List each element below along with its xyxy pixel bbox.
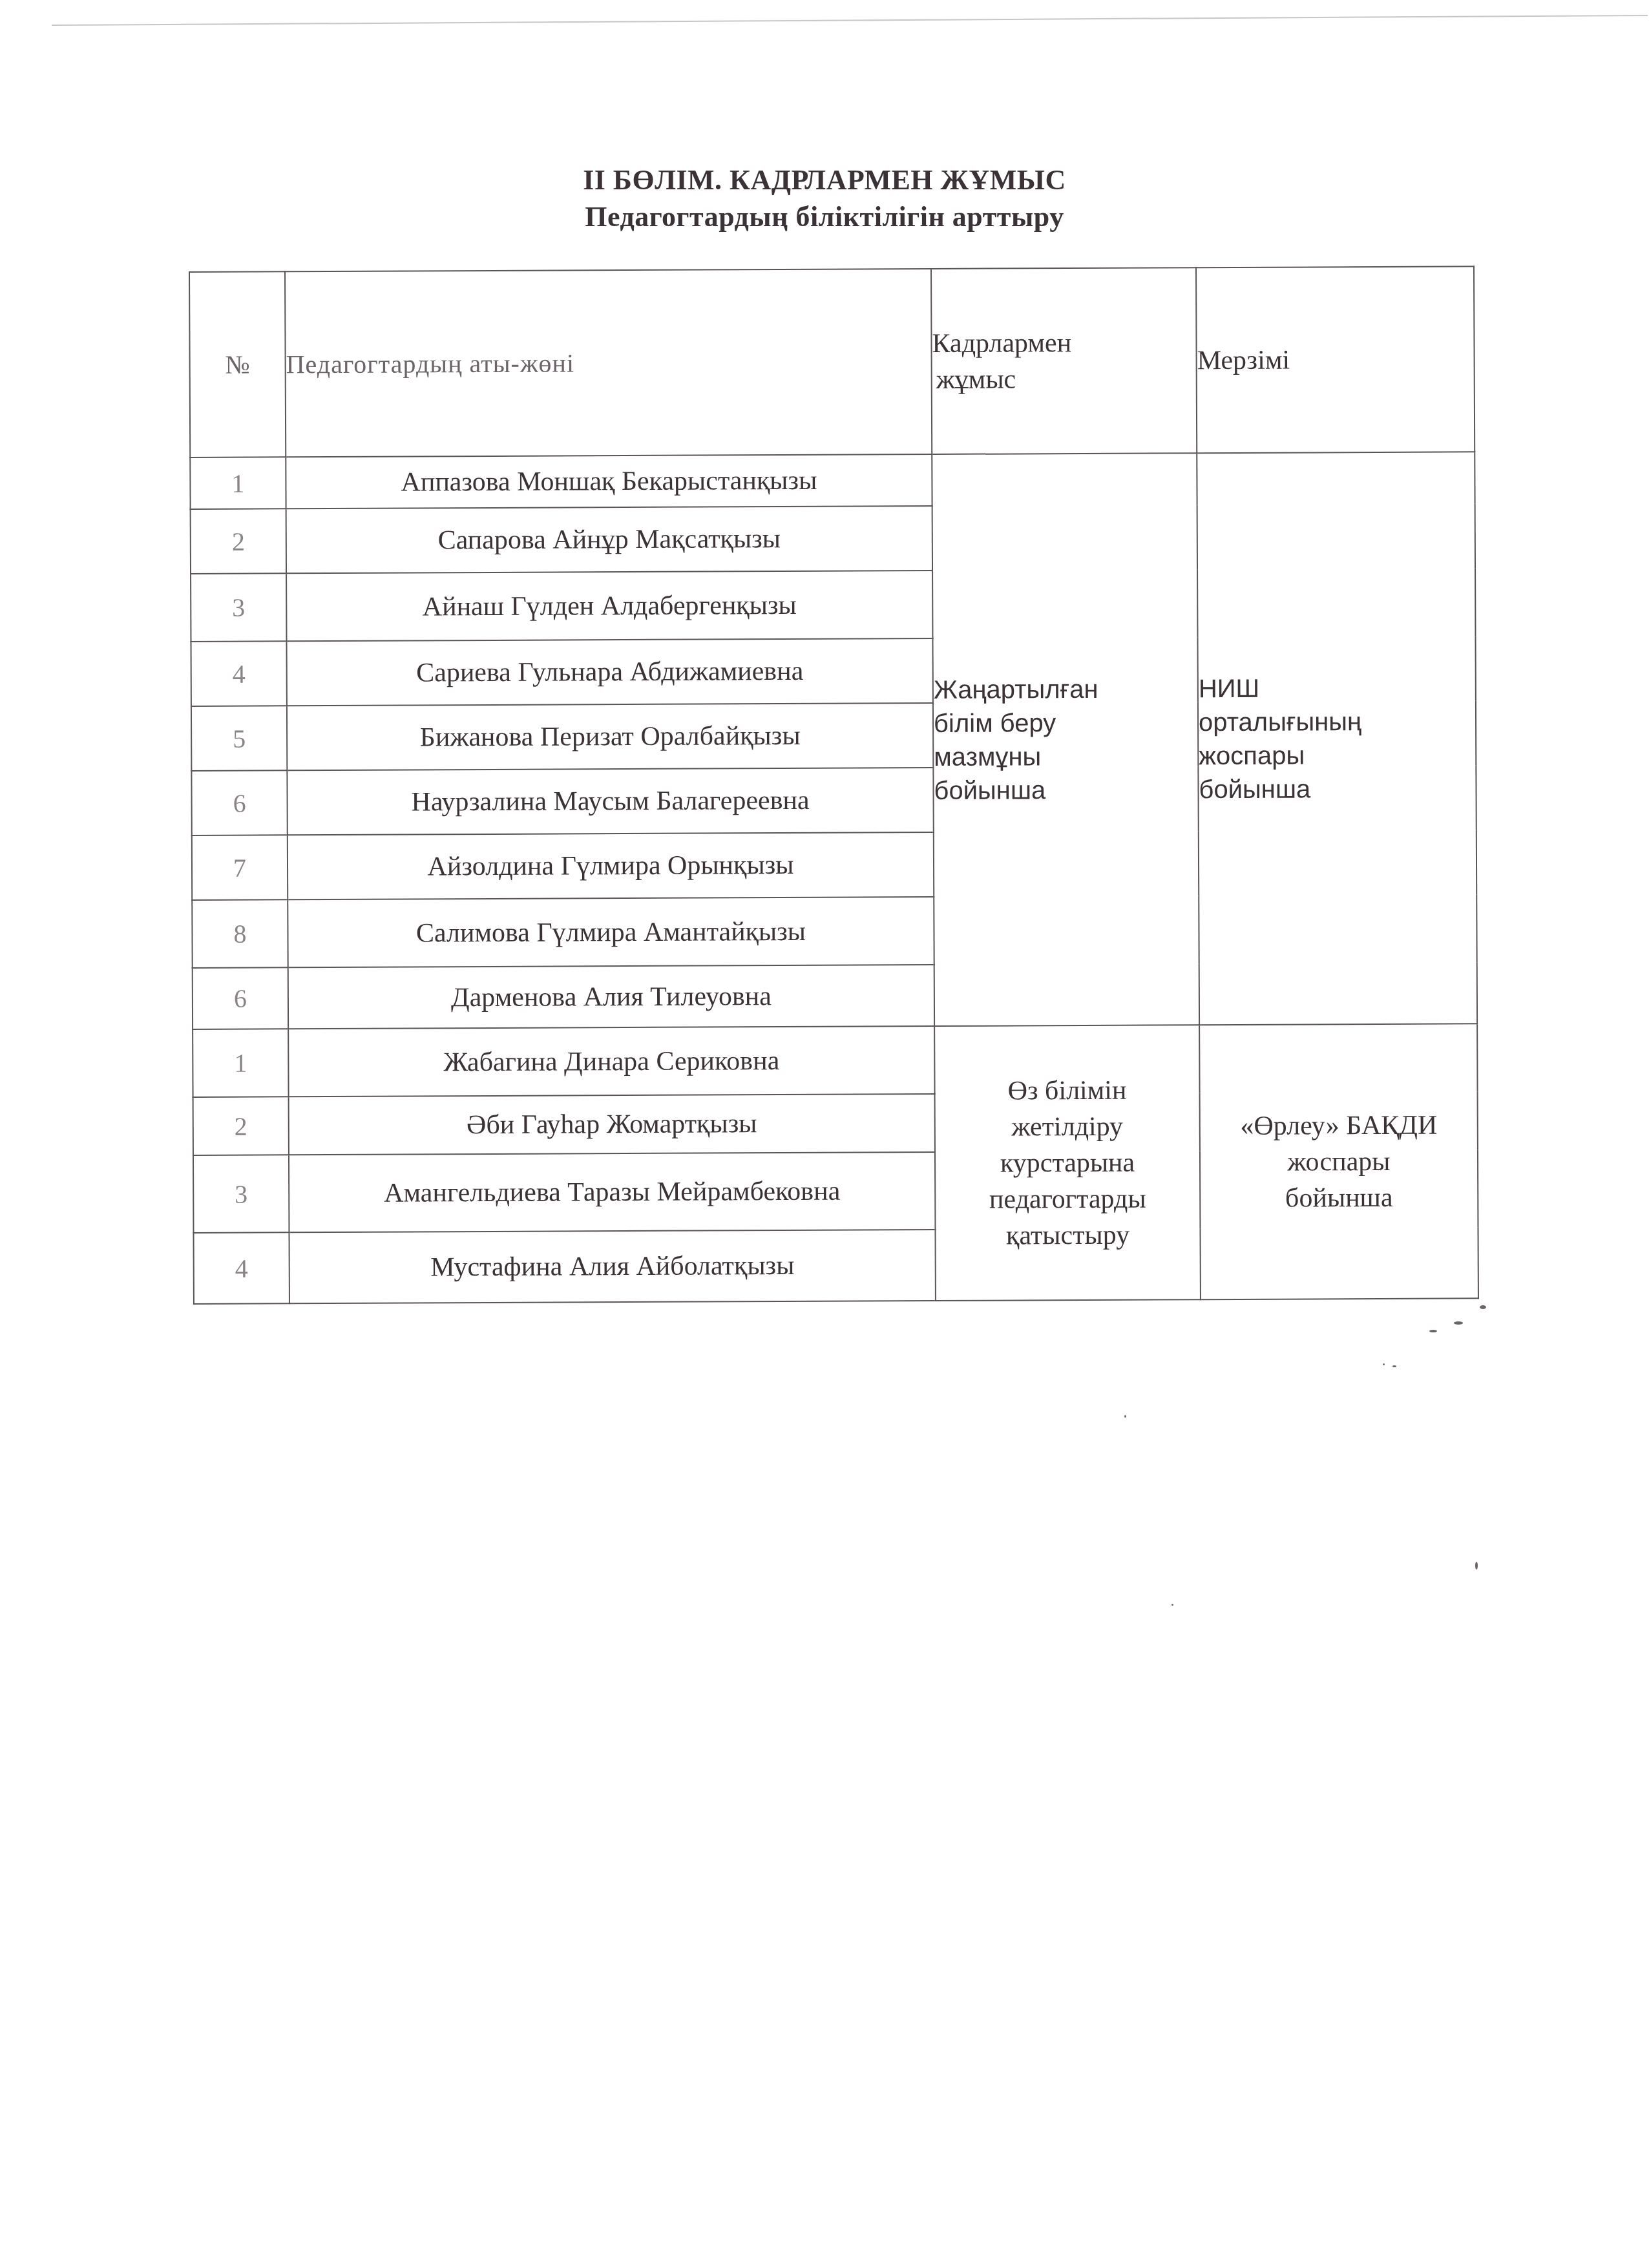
staff-work-line: қатыстыру bbox=[936, 1217, 1199, 1254]
deadline-line: жоспары bbox=[1199, 738, 1475, 773]
teacher-name: Сариева Гульнара Абдижамиевна bbox=[286, 638, 932, 706]
teacher-name: Дарменова Алия Тилеуовна bbox=[288, 965, 934, 1029]
staff-work-line: педагогтарды bbox=[936, 1181, 1199, 1218]
row-number: 4 bbox=[193, 1232, 289, 1304]
table-row: 1Жабагина Динара СериковнаӨз білімінжеті… bbox=[193, 1024, 1477, 1097]
staff-work-line: мазмұны bbox=[934, 739, 1197, 774]
teacher-name: Айнаш Гүлден Алдабергенқызы bbox=[286, 571, 932, 641]
staff-work-line: курстарына bbox=[936, 1144, 1199, 1182]
staff-work-cell: Жаңартылғанбілім берумазмұныбойынша bbox=[932, 453, 1199, 1026]
teacher-name: Аппазова Моншақ Бекарыстанқызы bbox=[286, 454, 932, 509]
teacher-name: Айзолдина Гүлмира Орынқызы bbox=[288, 832, 934, 899]
scan-speck bbox=[1454, 1321, 1463, 1325]
deadline-line: «Өрлеу» БАҚДИ bbox=[1201, 1107, 1477, 1144]
teacher-name: Жабагина Динара Сериковна bbox=[288, 1026, 934, 1097]
scan-speck bbox=[1383, 1363, 1385, 1365]
row-number: 8 bbox=[192, 899, 288, 968]
row-number: 6 bbox=[193, 967, 288, 1029]
deadline-cell: НИШорталығыныңжоспарыбойынша bbox=[1197, 452, 1477, 1025]
scan-speck bbox=[1429, 1330, 1437, 1332]
section-title: II БӨЛІМ. КАДРЛАРМЕН ЖҰМЫС bbox=[0, 163, 1649, 196]
row-number: 1 bbox=[193, 1029, 288, 1097]
row-number: 4 bbox=[191, 641, 287, 706]
scan-speck bbox=[1392, 1365, 1396, 1367]
header-staff-work-line2: жұмыс bbox=[932, 364, 1016, 395]
staff-work-line: Өз білімін bbox=[935, 1072, 1199, 1109]
table-header-row: № Педагогтардың аты-жөні Кадрлармен жұмы… bbox=[189, 266, 1475, 457]
row-number: 3 bbox=[193, 1155, 289, 1233]
deadline-line: бойынша bbox=[1199, 772, 1475, 806]
scan-speck bbox=[1124, 1415, 1126, 1418]
row-number: 3 bbox=[191, 573, 286, 642]
teacher-name: Бижанова Перизат Оралбайқызы bbox=[287, 703, 933, 770]
teacher-name: Наурзалина Маусым Балагереевна bbox=[287, 768, 933, 835]
scan-edge-line bbox=[52, 15, 1648, 26]
row-number: 2 bbox=[191, 509, 286, 574]
teacher-name: Салимова Гүлмира Амантайқызы bbox=[288, 897, 934, 967]
staff-work-line: бойынша bbox=[934, 773, 1197, 808]
row-number: 5 bbox=[191, 706, 287, 771]
row-number: 2 bbox=[193, 1097, 289, 1155]
scan-speck bbox=[1475, 1562, 1478, 1570]
deadline-line: НИШ bbox=[1199, 671, 1475, 706]
deadline-line: жоспары bbox=[1201, 1143, 1477, 1181]
row-number: 1 bbox=[190, 457, 286, 509]
teacher-name: Мустафина Алия Айболатқызы bbox=[289, 1230, 935, 1303]
teacher-name: Сапарова Айнұр Мақсатқызы bbox=[286, 506, 932, 573]
deadline-cell: «Өрлеу» БАҚДИжоспарыбойынша bbox=[1199, 1024, 1478, 1299]
header-teacher-name: Педагогтардың аты-жөні bbox=[285, 269, 932, 457]
header-number: № bbox=[189, 271, 286, 457]
staff-work-line: білім беру bbox=[934, 706, 1197, 740]
row-number: 6 bbox=[191, 770, 287, 835]
row-number: 7 bbox=[192, 835, 288, 900]
scan-speck bbox=[1171, 1604, 1173, 1606]
teacher-name: Әби Гауһар Жомартқызы bbox=[289, 1094, 935, 1155]
deadline-line: бойынша bbox=[1201, 1179, 1477, 1217]
table-body: 1Аппазова Моншақ БекарыстанқызыЖаңартылғ… bbox=[190, 452, 1478, 1304]
staff-work-line: жетілдіру bbox=[936, 1108, 1199, 1146]
scan-speck bbox=[1480, 1305, 1486, 1309]
section-subtitle: Педагогтардың біліктілігін арттыру bbox=[0, 200, 1649, 233]
staff-work-cell: Өз білімінжетілдірукурстарынапедагогтард… bbox=[934, 1025, 1201, 1301]
header-deadline: Мерзімі bbox=[1196, 266, 1475, 453]
table-row: 1Аппазова Моншақ БекарыстанқызыЖаңартылғ… bbox=[190, 452, 1475, 509]
header-staff-work: Кадрлармен жұмыс bbox=[931, 268, 1197, 454]
header-staff-work-line1: Кадрлармен bbox=[932, 328, 1071, 359]
deadline-line: орталығының bbox=[1199, 704, 1475, 739]
staff-work-line: Жаңартылған bbox=[934, 672, 1197, 707]
teacher-name: Амангельдиева Таразы Мейрамбековна bbox=[289, 1152, 936, 1232]
teacher-qualification-table: № Педагогтардың аты-жөні Кадрлармен жұмы… bbox=[189, 266, 1479, 1305]
